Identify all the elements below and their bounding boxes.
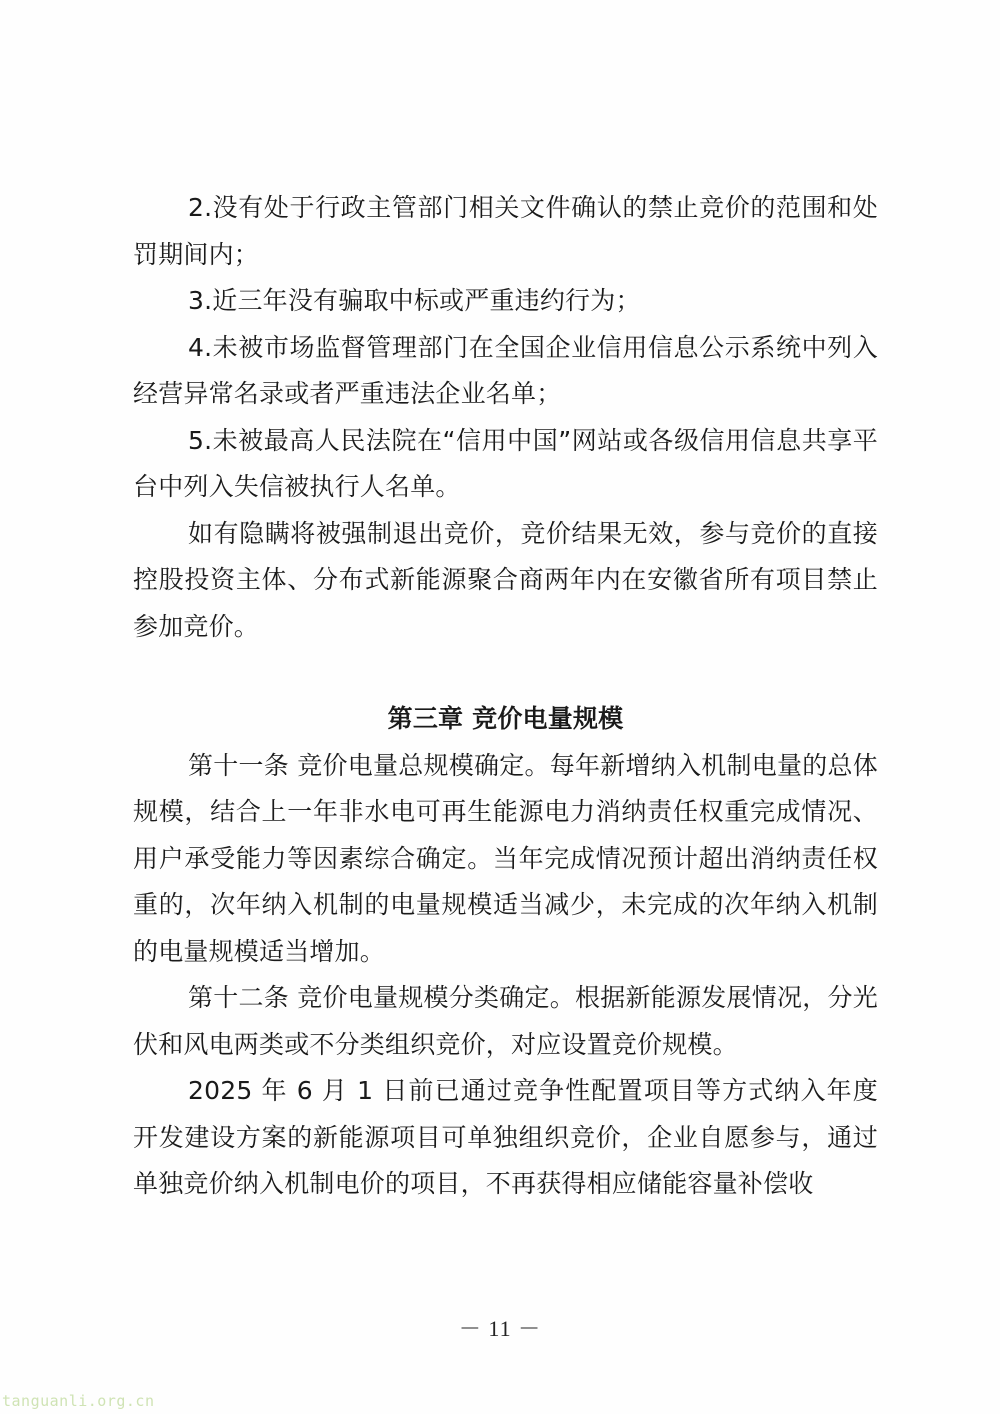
list-item-2: 2.没有处于行政主管部门相关文件确认的禁止竞价的范围和处罚期间内； — [133, 185, 878, 278]
list-item-5: 5.未被最高人民法院在“信用中国”网站或各级信用信息共享平台中列入失信被执行人名… — [133, 418, 878, 511]
concealment-clause: 如有隐瞒将被强制退出竞价，竞价结果无效，参与竞价的直接控股投资主体、分布式新能源… — [133, 511, 878, 651]
watermark: tanguanli.org.cn — [2, 1392, 155, 1410]
article-11: 第十一条 竞价电量总规模确定。每年新增纳入机制电量的总体规模，结合上一年非水电可… — [133, 743, 878, 976]
document-body: 2.没有处于行政主管部门相关文件确认的禁止竞价的范围和处罚期间内； 3.近三年没… — [133, 185, 878, 1208]
chapter-title: 第三章 竞价电量规模 — [133, 696, 878, 743]
article-12-continuation: 2025 年 6 月 1 日前已通过竞争性配置项目等方式纳入年度开发建设方案的新… — [133, 1068, 878, 1208]
page-number: － 11 － — [0, 1312, 1000, 1343]
document-page: 2.没有处于行政主管部门相关文件确认的禁止竞价的范围和处罚期间内； 3.近三年没… — [0, 0, 1000, 1414]
list-item-4: 4.未被市场监督管理部门在全国企业信用信息公示系统中列入经营异常名录或者严重违法… — [133, 325, 878, 418]
article-12: 第十二条 竞价电量规模分类确定。根据新能源发展情况，分光伏和风电两类或不分类组织… — [133, 975, 878, 1068]
list-item-3: 3.近三年没有骗取中标或严重违约行为； — [133, 278, 878, 325]
